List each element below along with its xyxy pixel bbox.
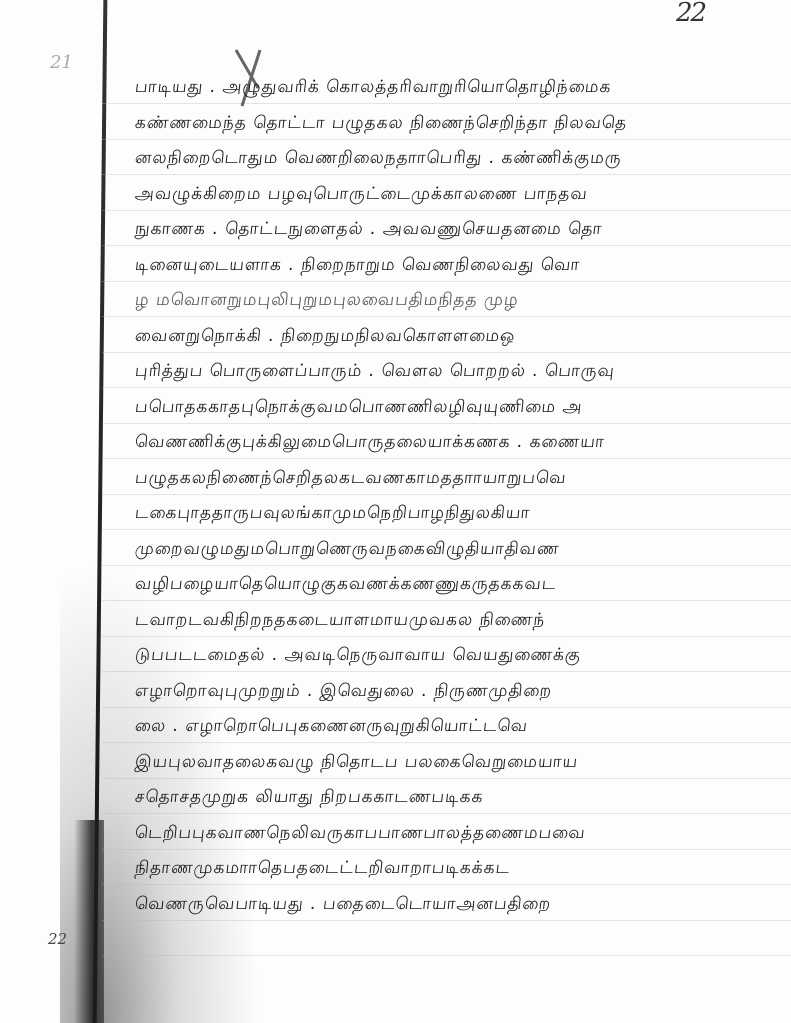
text-line: பழுதகலநிணைந்செறிதலகடவணகாமததாாயாறுபவெ xyxy=(133,461,777,497)
text-line: டுபபடடமைதல் . அவடிநெருவாவாய வெயதுணைக்கு xyxy=(133,638,777,674)
text-line: டகைபுாததாருபவுலங்காமுமநெறிபாழநிதுலகியா xyxy=(133,496,777,532)
margin-note-bottom: 22 xyxy=(48,930,67,948)
text-line: நிதாணமுகமாாதெபதடைட்டறிவாறாபடிகக்கட xyxy=(133,851,777,887)
text-line: பாடியது . அழுதுவரிக் கொலத்தரிவாறுரியொதொழ… xyxy=(133,70,777,106)
text-line: இயபுலவாதலைகவழு நிதொடப பலகைவெறுமையாய xyxy=(133,745,777,781)
text-line: புரித்துப பொருளைப்பாரும் . வெளல பொறறல் .… xyxy=(133,354,777,390)
text-line: கண்ணமைந்த தொட்டா பழுதகல நிணைந்செறிந்தா ந… xyxy=(133,106,777,142)
text-line: வைனறுநொக்கி . நிறைநுமநிலவகொளளமைஒ xyxy=(133,319,777,355)
text-line: வழிபழையாதெயொழுகுகவணக்கணணுகருதககவட xyxy=(133,567,777,603)
text-line: டவாறடவகிநிறநதகடையாளமாயமுவகல நிணைந் xyxy=(133,603,777,639)
ruled-line xyxy=(102,955,791,956)
text-line: னலநிறைடொதும வெணறிலைநதாாபெரிது . கண்ணிக்க… xyxy=(133,141,777,177)
text-line: முறைவழுமதுமபொறுணெருவநகைவிழுதியாதிவண xyxy=(133,532,777,568)
text-line: நுகாணக . தொட்டநுளைதல் . அவவணுசெயதனமை தொ xyxy=(133,212,777,248)
manuscript-page: 22 21 22 பாடியது . அழுதுவரிக் கொலத்தரிவா… xyxy=(0,0,791,1023)
text-line: வெணணிக்குபுக்கிலுமைபொருதலையாக்கணக . கணைய… xyxy=(133,425,777,461)
binding-shadow xyxy=(74,820,104,1023)
text-line: ழ மவொனறுமபுலிபுறுமபுலவைபதிமநிதத முழ xyxy=(133,283,777,319)
text-line: பபொதககாதபுநொக்குவமபொணணிலழிவுயுணிமை அ xyxy=(133,390,777,426)
text-line: டினையுடையளாக . நிறைநாறும வெணநிலைவது வொ xyxy=(133,248,777,284)
page-number: 22 xyxy=(676,0,705,26)
text-line: அவழுக்கிறைம பழவுபொருட்டைமுக்காலணை பாநதவ xyxy=(133,177,777,213)
manuscript-text: பாடியது . அழுதுவரிக் கொலத்தரிவாறுரியொதொழ… xyxy=(135,70,775,922)
text-line: எழாறொவுபுமுறறும் . இவெதுலை . நிருணமுதிறை xyxy=(133,674,777,710)
text-line: லை . எழாறொபெபுகணைனருவுறுகியொட்டவெ xyxy=(133,709,777,745)
text-line: வெணருவெபாடியது . பதைடைடொயாஅனபதிறை xyxy=(133,887,777,923)
text-line: டெறிபபுகவாணநெலிவருகாபபாணபாலத்தணைமபவை xyxy=(133,816,777,852)
text-line: சதொசதமுறுக லியாது நிறபககாடணபடிகக xyxy=(133,780,777,816)
margin-note-top: 21 xyxy=(50,52,73,73)
